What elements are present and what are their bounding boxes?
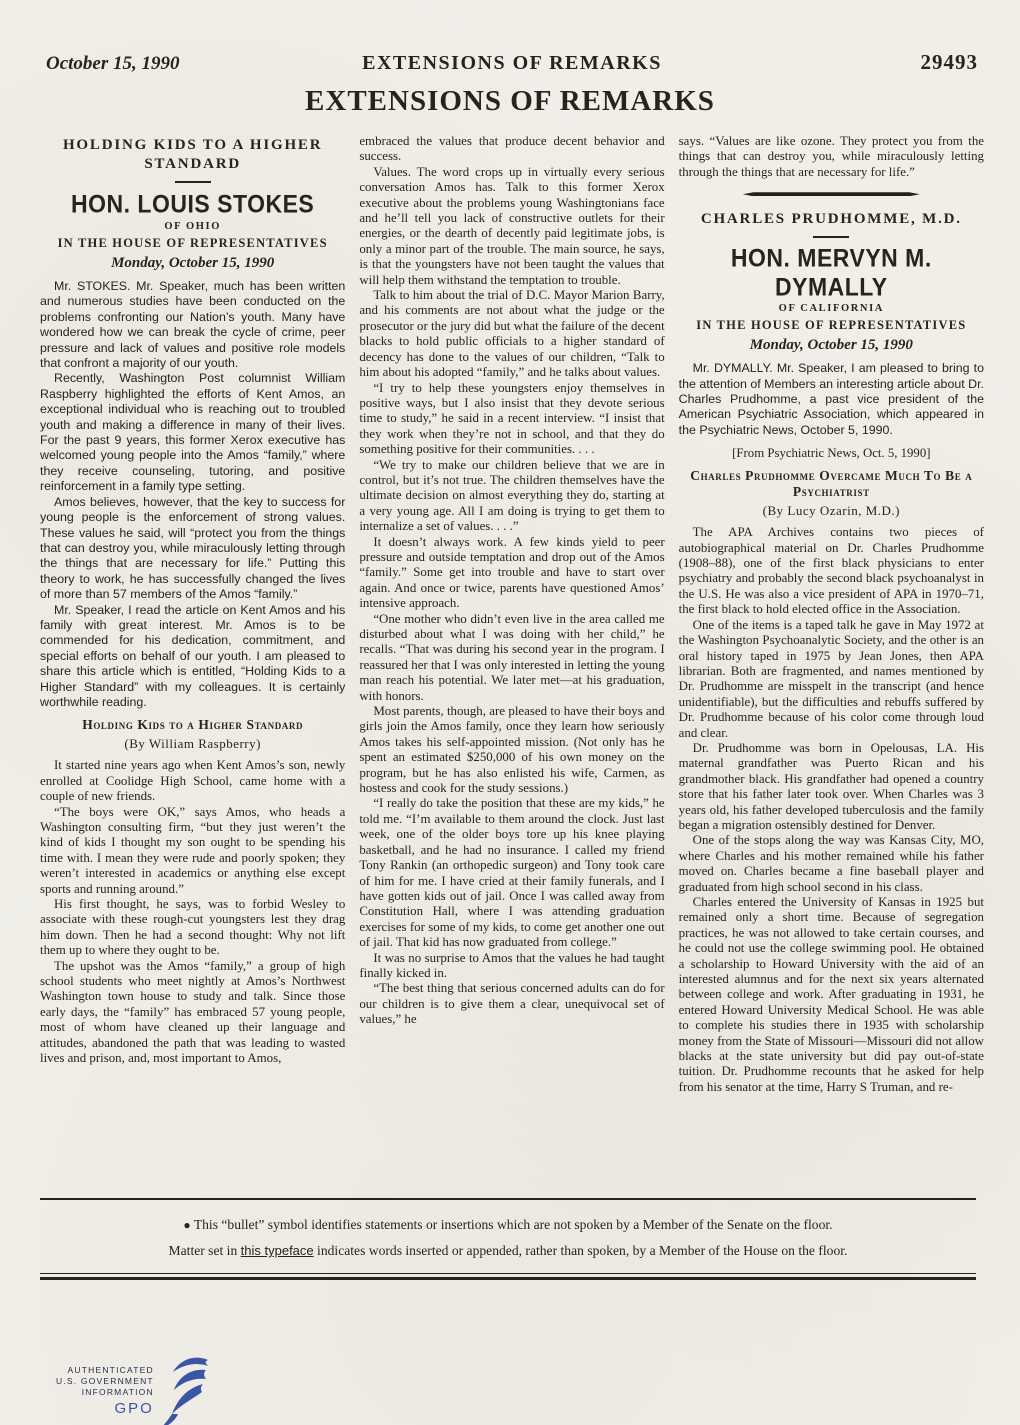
date-line: Monday, October 15, 1990 [40,255,345,272]
paragraph: Most parents, though, are pleased to hav… [359,704,664,796]
chamber-line: IN THE HOUSE OF REPRESENTATIVES [40,236,345,251]
house-typeface-note: Matter set in this typeface indicates wo… [40,1238,976,1263]
divider-rule [813,236,849,238]
paragraph: “One mother who didn’t even live in the … [359,612,664,704]
speaker-state: OF CALIFORNIA [679,303,984,314]
gpo-seal-text: AUTHENTICATED U.S. GOVERNMENT INFORMATIO… [56,1365,154,1417]
column-middle: embraced the values that produce decent … [359,134,664,1194]
footer-top-rule [40,1198,976,1200]
typeface-note-footer: ● This “bullet” symbol identifies statem… [40,1198,976,1280]
paragraph: One of the stops along the way was Kansa… [679,833,984,895]
paragraph: One of the items is a taped talk he gave… [679,618,984,741]
section-main-title: EXTENSIONS OF REMARKS [0,85,1020,118]
paragraph: His first thought, he says, was to forbi… [40,897,345,959]
paragraph: It was no surprise to Amos that the valu… [359,951,664,982]
three-column-body: HOLDING KIDS TO A HIGHER STANDARD HON. L… [0,118,1020,1194]
continuation-paragraph: embraced the values that produce decent … [359,134,664,165]
running-title: EXTENSIONS OF REMARKS [316,52,708,75]
inserted-article-text: Values. The word crops up in virtually e… [359,165,664,1028]
speaker-name-stokes: HON. LOUIS STOKES [40,190,345,219]
issue-date: October 15, 1990 [46,53,316,75]
paragraph: Amos believes, however, that the key to … [40,495,345,603]
paragraph: Mr. DYMALLY. Mr. Speaker, I am pleased t… [679,361,984,438]
inserted-article-text: It started nine years ago when Kent Amos… [40,758,345,1066]
gpo-authentication-seal: AUTHENTICATED U.S. GOVERNMENT INFORMATIO… [56,1352,210,1425]
inserted-article-heading: Charles Prudhomme Overcame Much To Be a … [679,468,984,500]
senate-bullet-note: ● This “bullet” symbol identifies statem… [40,1212,976,1238]
divider-rule [175,181,211,183]
speaker-name-dymally: HON. MERVYN M. DYMALLY [679,244,984,302]
inserted-article-heading: Holding Kids to a Higher Standard [40,717,345,733]
paragraph: “The boys were OK,” says Amos, who heads… [40,805,345,897]
paragraph: Mr. Speaker, I read the article on Kent … [40,603,345,711]
paragraph: “We try to make our children believe tha… [359,458,664,535]
inserted-article-text: The APA Archives contains two pieces of … [679,525,984,1095]
paragraph: “The best thing that serious concerned a… [359,981,664,1027]
footer-bottom-rule [40,1273,976,1280]
typeface-sample: this typeface [241,1243,314,1258]
date-line: Monday, October 15, 1990 [679,337,984,354]
running-head: October 15, 1990 EXTENSIONS OF REMARKS 2… [0,0,1020,75]
paragraph: Mr. STOKES. Mr. Speaker, much has been w… [40,279,345,371]
speaker-state: OF OHIO [40,221,345,232]
article-title-stokes: HOLDING KIDS TO A HIGHER STANDARD [40,136,345,174]
paragraph: Dr. Prudhomme was born in Opelousas, LA.… [679,741,984,833]
continuation-paragraph: says. “Values are like ozone. They prote… [679,134,984,180]
article-separator-rule [743,192,920,196]
bullet-symbol: ● [183,1218,190,1232]
inserted-article-byline: (By William Raspberry) [40,736,345,752]
paragraph: The APA Archives contains two pieces of … [679,525,984,617]
source-citation: [From Psychiatric News, Oct. 5, 1990] [679,446,984,461]
paragraph: It started nine years ago when Kent Amos… [40,758,345,804]
paragraph: Recently, Washington Post columnist Will… [40,371,345,494]
paragraph: Charles entered the University of Kansas… [679,895,984,1095]
column-right: says. “Values are like ozone. They prote… [679,134,984,1194]
speech-text: Mr. STOKES. Mr. Speaker, much has been w… [40,279,345,710]
column-left: HOLDING KIDS TO A HIGHER STANDARD HON. L… [40,134,345,1194]
paragraph: It doesn’t always work. A few kinds yiel… [359,535,664,612]
paragraph: Talk to him about the trial of D.C. Mayo… [359,288,664,380]
speech-text: Mr. DYMALLY. Mr. Speaker, I am pleased t… [679,361,984,438]
congressional-record-page: October 15, 1990 EXTENSIONS OF REMARKS 2… [0,0,1020,1425]
page-number: 29493 [708,50,978,75]
paragraph: Values. The word crops up in virtually e… [359,165,664,288]
paragraph: The upshot was the Amos “family,” a grou… [40,959,345,1067]
paragraph: “I really do take the position that thes… [359,796,664,950]
gpo-eagle-icon [148,1352,210,1425]
article-title-prudhomme: CHARLES PRUDHOMME, M.D. [679,210,984,229]
inserted-article-byline: (By Lucy Ozarin, M.D.) [679,503,984,519]
paragraph: “I try to help these youngsters enjoy th… [359,381,664,458]
chamber-line: IN THE HOUSE OF REPRESENTATIVES [679,318,984,333]
